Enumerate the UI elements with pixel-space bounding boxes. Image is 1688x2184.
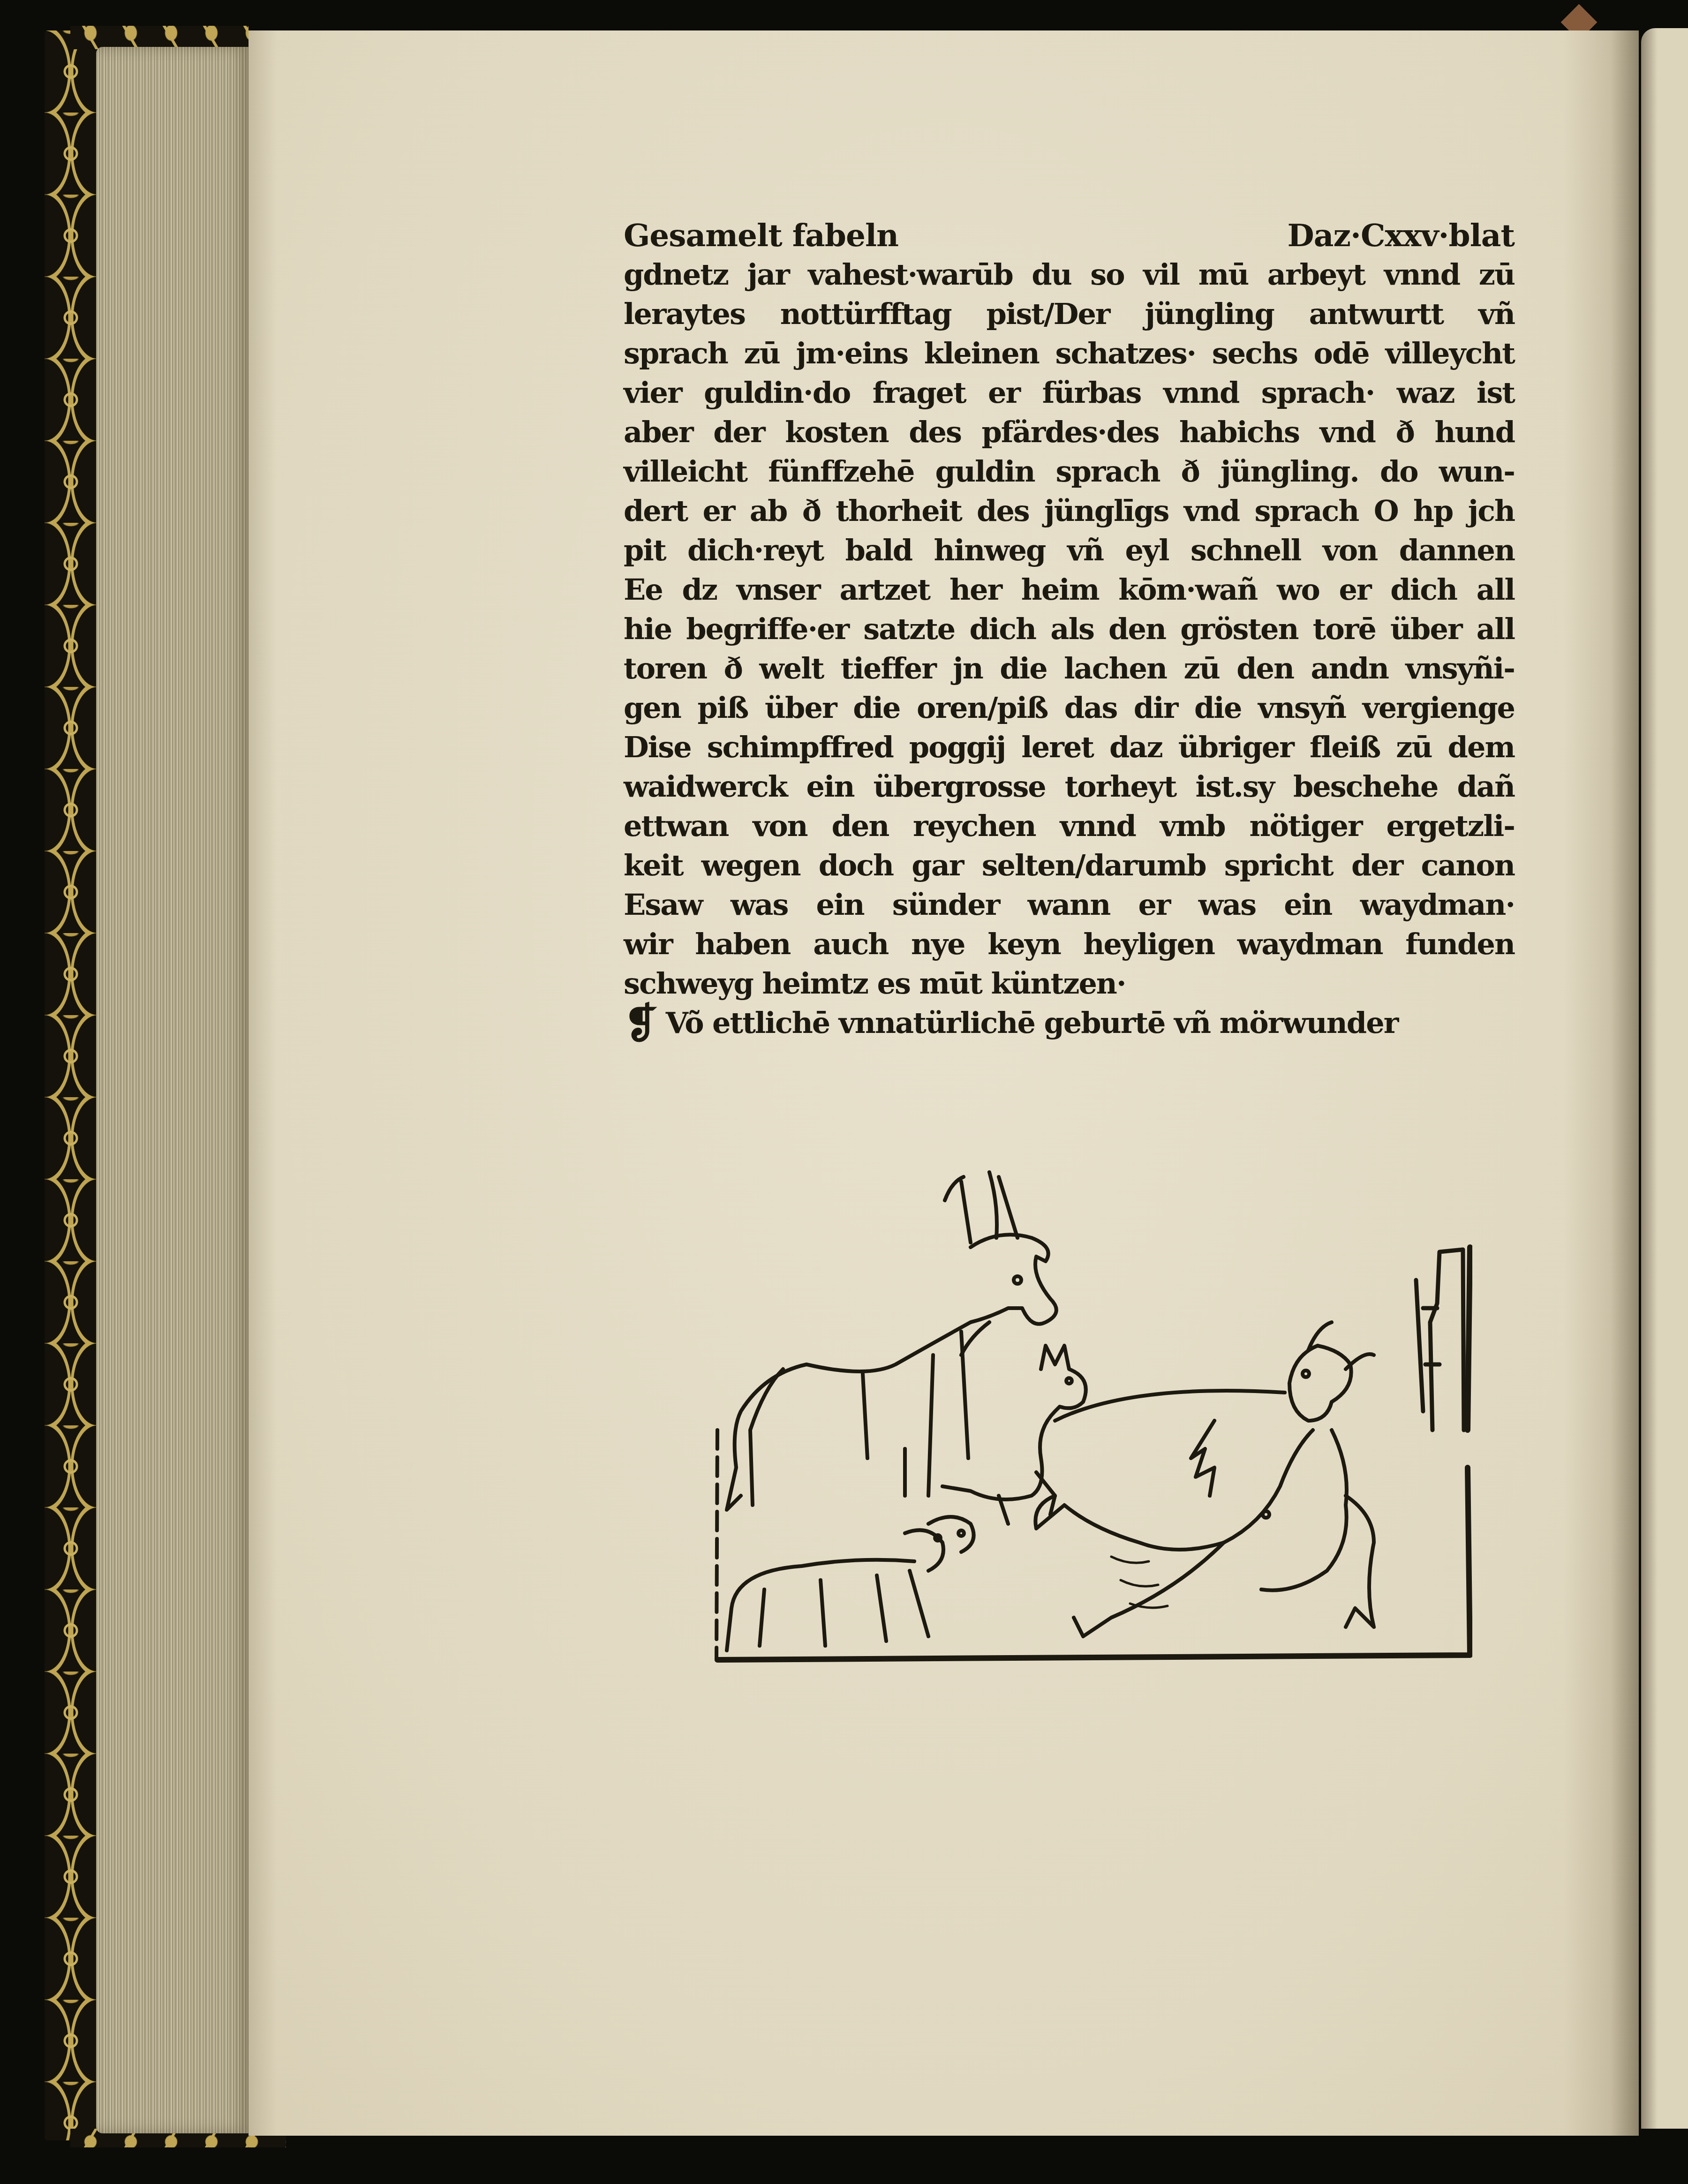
- facing-page-edge: [1641, 28, 1688, 2129]
- woodcut-illustration: [708, 1167, 1472, 1679]
- text-line: aber der kosten des pfärdes·des habichs …: [624, 413, 1515, 452]
- section-heading-text: Võ ettlichē vnnatürlichē geburtē vñ mörw…: [666, 1003, 1398, 1043]
- two-headed-calf-icon: [727, 1517, 974, 1650]
- text-line: villeicht fünffzehē guldin sprach ð jüng…: [624, 452, 1515, 491]
- text-line: sprach zū jm·eins kleinen schatzes· sech…: [624, 334, 1515, 373]
- text-line: Ee dz vnser artzet her heim kōm·wañ wo e…: [624, 570, 1515, 610]
- text-line: gdnetz jar vahest·warūb du so vil mū arb…: [624, 255, 1515, 294]
- text-line: Esaw was ein sünder wann er was ein wayd…: [624, 885, 1515, 925]
- text-block: Gesamelt fabeln Daz·Cxxv·blat gdnetz jar…: [624, 216, 1515, 1043]
- text-line: wir haben auch nye keyn heyligen waydman…: [624, 925, 1515, 964]
- folio-number: Daz·Cxxv·blat: [1288, 216, 1515, 255]
- text-line: ettwan von den reychen vnnd vmb nötiger …: [624, 806, 1515, 846]
- text-line: dert er ab ð thorheit des jünglīgs vnd s…: [624, 491, 1515, 531]
- horned-ox-icon: [727, 1172, 1056, 1510]
- tower-icon: [1416, 1250, 1464, 1430]
- text-line: toren ð welt tieffer jn die lachen zū de…: [624, 649, 1515, 688]
- pilcrow-icon: ❡: [624, 1004, 657, 1042]
- section-heading: ❡ Võ ettlichē vnnatürlichē geburtē vñ mö…: [624, 1003, 1515, 1043]
- text-line: vier guldin·do fraget er fürbas vnnd spr…: [624, 373, 1515, 413]
- text-line: schweyg heimtz es mūt küntzen·: [624, 964, 1515, 1003]
- running-head-title: Gesamelt fabeln: [624, 216, 898, 255]
- binding-top-ornament: [70, 26, 249, 49]
- page-stack-fore-edge: [96, 47, 251, 2133]
- text-line: waidwerck ein übergrosse torheyt ist.sy …: [624, 767, 1515, 806]
- running-head: Gesamelt fabeln Daz·Cxxv·blat: [624, 216, 1515, 255]
- text-line: gen piß über die oren/piß das dir die vn…: [624, 688, 1515, 728]
- text-line: leraytes nottürfftag pist/Der jüngling a…: [624, 294, 1515, 334]
- book-binding-gilt-edge: [45, 30, 97, 2140]
- text-line: hie begriffe·er satzte dich als den grös…: [624, 610, 1515, 649]
- woodcut-frame: [717, 1247, 1470, 1660]
- text-line: keit wegen doch gar selten/darumb sprich…: [624, 846, 1515, 885]
- text-line: Dise schimpffred poggij leret daz übrige…: [624, 728, 1515, 767]
- text-line: pit dich·reyt bald hinweg vñ eyl schnell…: [624, 531, 1515, 570]
- horned-sea-monster-icon: [1035, 1322, 1374, 1636]
